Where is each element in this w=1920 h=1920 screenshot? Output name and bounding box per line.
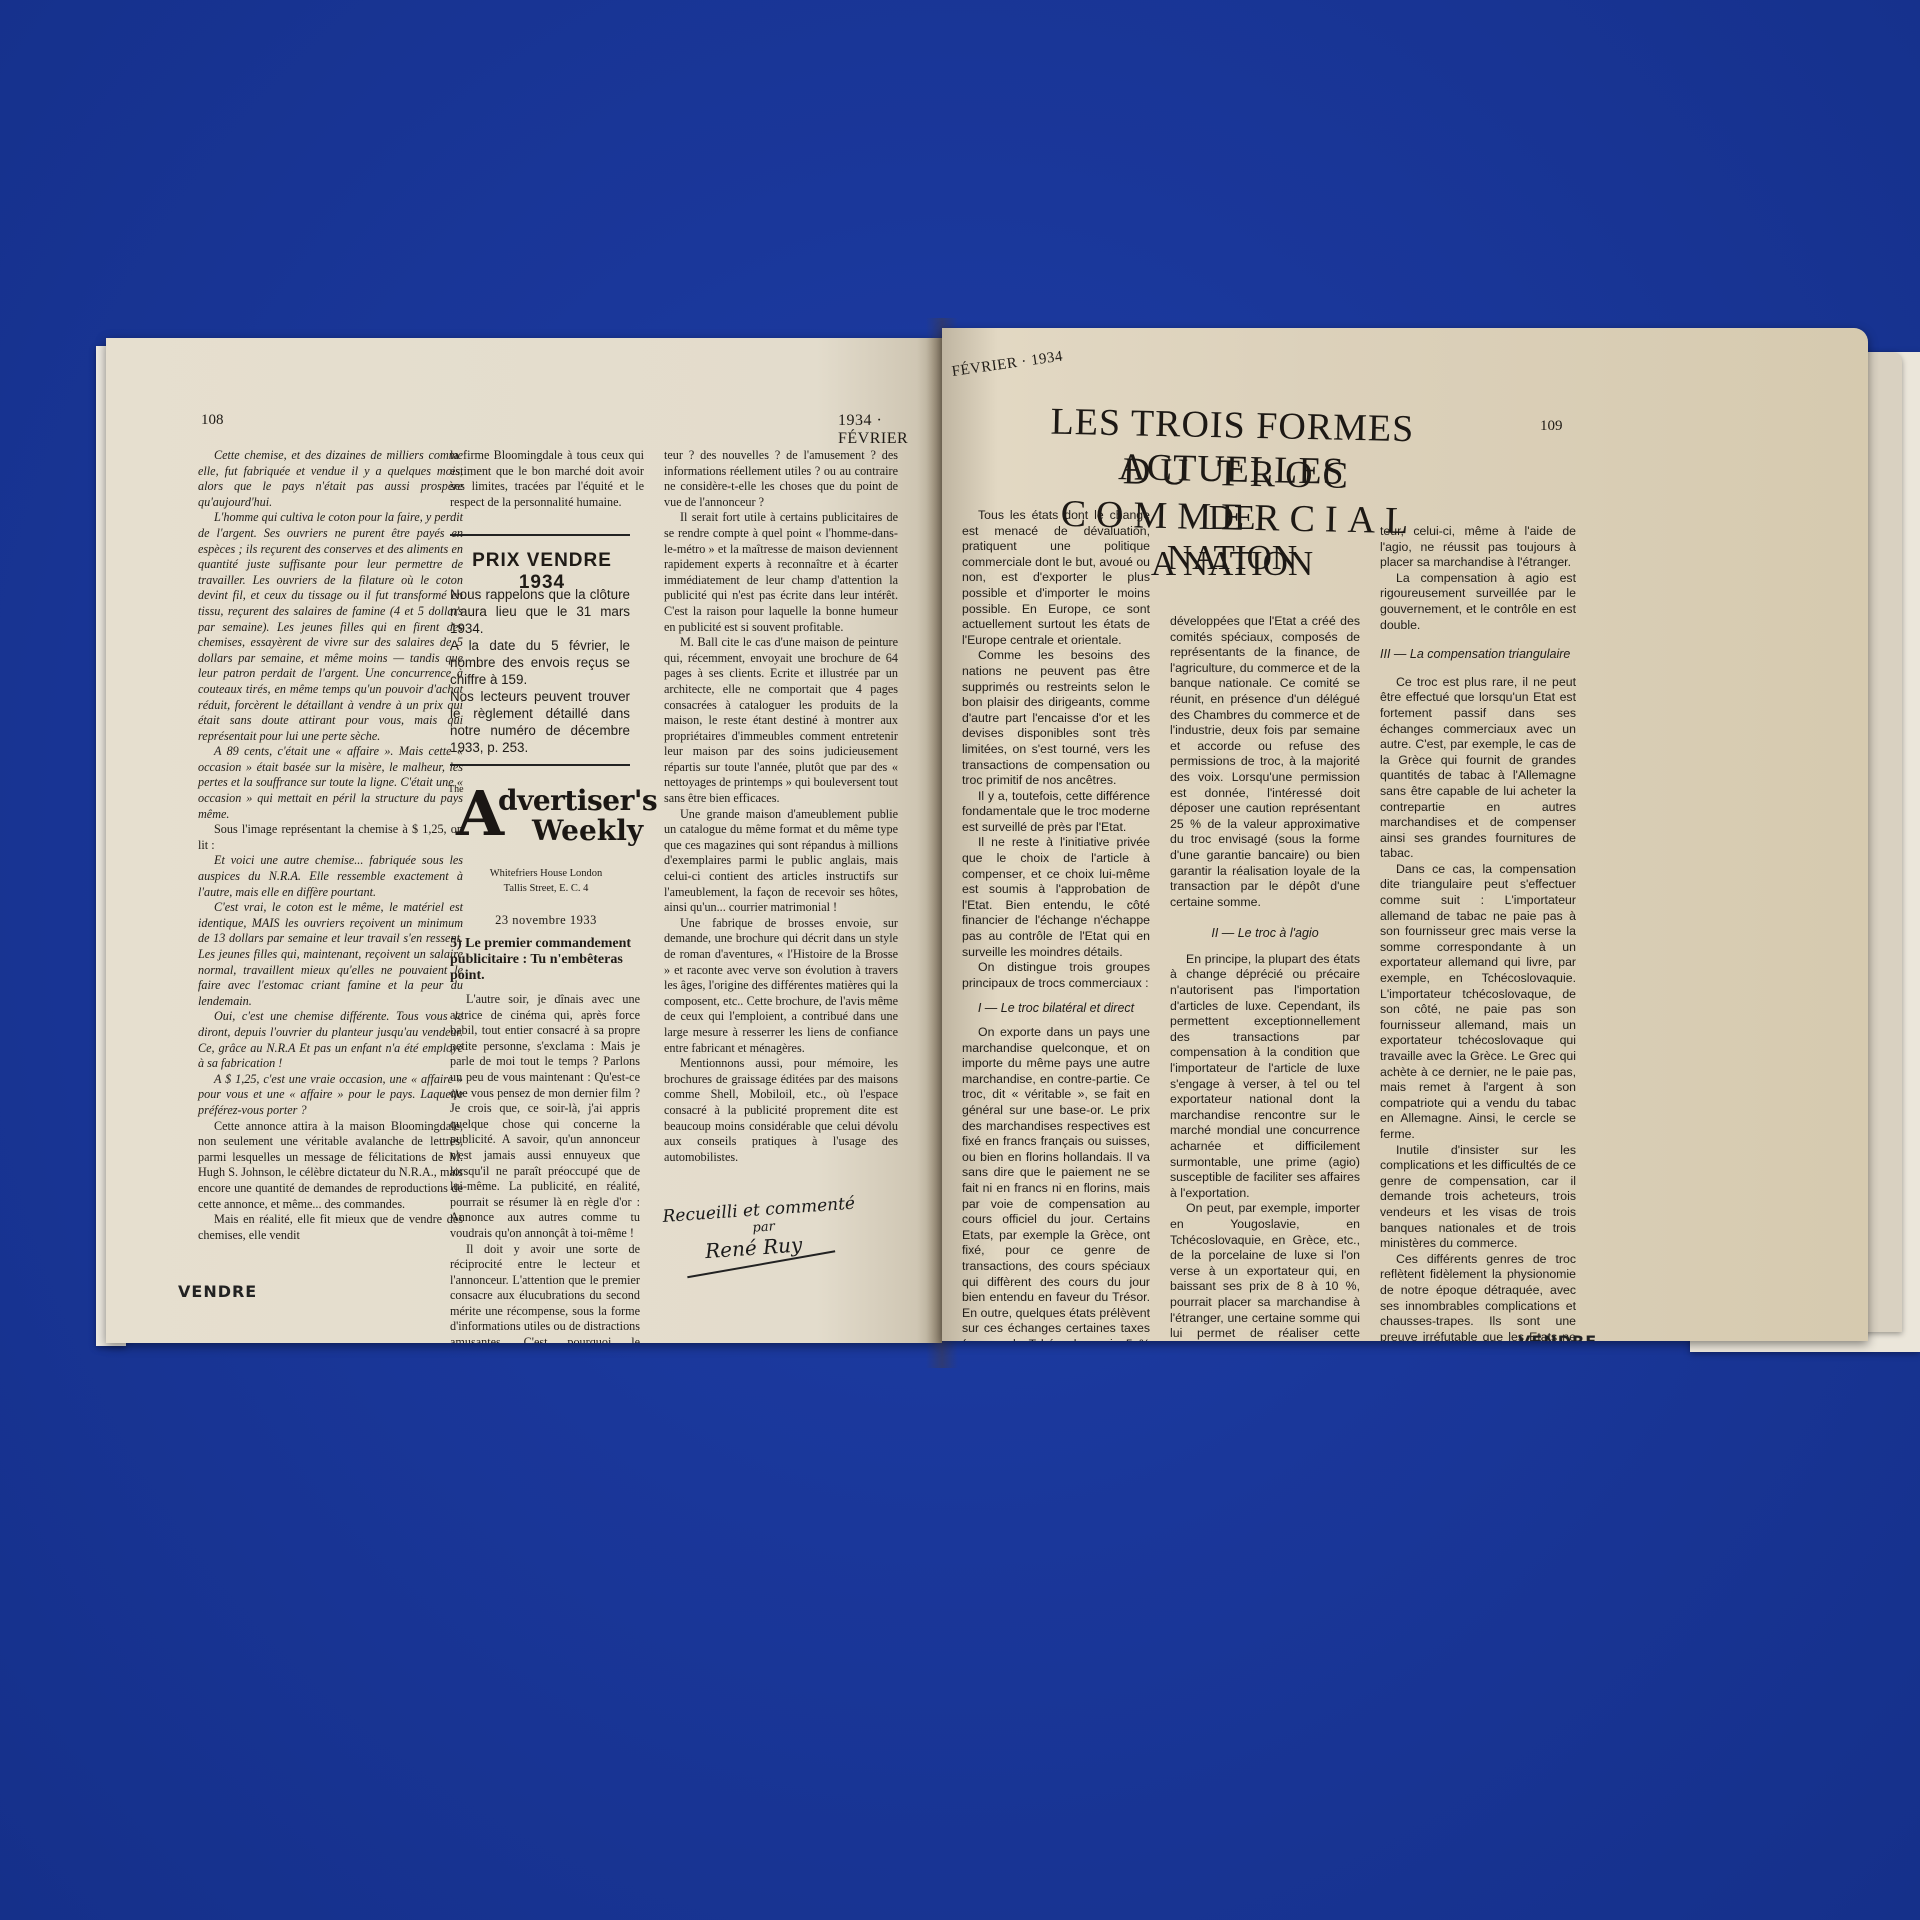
vendre-footer-logo: VENDRE — [1518, 1332, 1597, 1341]
page-number: 108 — [201, 412, 224, 429]
paragraph: développées que l'Etat a créé des comité… — [1170, 614, 1360, 910]
running-head: FÉVRIER · 1934 — [951, 348, 1064, 380]
paragraph: Il doit y avoir une sorte de réciprocité… — [450, 1242, 640, 1344]
paragraph: Il ne reste à l'initiative privée que le… — [962, 835, 1150, 960]
paragraph: la firme Bloomingdale à tous ceux qui es… — [450, 448, 644, 510]
paragraph: L'homme qui cultiva le coton pour la fai… — [198, 510, 463, 744]
paragraph: En principe, la plupart des états à chan… — [1170, 952, 1360, 1202]
paragraph: Il y a, toutefois, cette différence fond… — [962, 789, 1150, 836]
paragraph: Une grande maison d'ameublement publie u… — [664, 807, 898, 916]
article-column-3: teur, celui-ci, même à l'aide de l'agio,… — [1380, 524, 1576, 1341]
paragraph: Dans ce cas, la compensation dite triang… — [1380, 862, 1576, 1143]
section-heading: III — La compensation triangulaire — [1380, 647, 1576, 663]
paragraph: Une fabrique de brosses envoie, sur dema… — [664, 916, 898, 1056]
paragraph: M. Ball cite le cas d'une maison de pein… — [664, 635, 898, 807]
paragraph: A 89 cents, c'était une « affaire ». Mai… — [198, 744, 463, 822]
address-line: Whitefriers House London — [446, 866, 646, 881]
divider-rule — [450, 764, 630, 766]
signature-block: Recueilli et commenté par René Ruy — [662, 1193, 866, 1271]
section-heading: I — Le troc bilatéral et direct — [962, 1001, 1150, 1017]
address-line: Tallis Street, E. C. 4 — [446, 881, 646, 896]
left-page: 108 1934 · FÉVRIER Cette chemise, et des… — [106, 338, 942, 1343]
advertisers-weekly-address: Whitefriers House London Tallis Street, … — [446, 866, 646, 896]
paragraph: C'est vrai, le coton est le même, le mat… — [198, 900, 463, 1009]
paragraph: Et voici une autre chemise... fabriquée … — [198, 853, 463, 900]
prix-vendre-box: Nous rappelons que la clôture n'aura lie… — [450, 586, 630, 756]
right-page: FÉVRIER · 1934 109 LES TROIS FORMES ACTU… — [942, 328, 1868, 1341]
paragraph: On distingue trois groupes principaux de… — [962, 960, 1150, 991]
paragraph: Ce troc est plus rare, il ne peut être e… — [1380, 675, 1576, 862]
paragraph: A $ 1,25, c'est une vraie occasion, une … — [198, 1072, 463, 1119]
paragraph: Inutile d'insister sur les complications… — [1380, 1143, 1576, 1252]
logo-line1: dvertiser's — [498, 784, 657, 817]
section-heading: II — Le troc à l'agio — [1170, 926, 1360, 942]
paragraph: Mais en réalité, elle fit mieux que de v… — [198, 1212, 463, 1243]
prix-paragraph: Nos lecteurs peuvent trouver le règlemen… — [450, 688, 630, 756]
logo-big-a: A — [456, 774, 504, 854]
paragraph: teur ? des nouvelles ? de l'amusement ? … — [664, 448, 898, 510]
divider-rule — [450, 534, 630, 536]
paragraph: Cette annonce attira à la maison Bloomin… — [198, 1119, 463, 1213]
paragraph: La compensation à agio est rigoureusemen… — [1380, 571, 1576, 633]
paragraph: L'autre soir, je dînais avec une actrice… — [450, 992, 640, 1242]
article-column-2: la firme Bloomingdale à tous ceux qui es… — [450, 448, 644, 510]
paragraph: Cette chemise, et des dizaines de millie… — [198, 448, 463, 510]
article-column-1: Tous les états dont le change est menacé… — [962, 508, 1150, 1341]
prix-paragraph: A la date du 5 février, le nombre des en… — [450, 637, 630, 688]
paragraph: Il serait fort utile à certains publicit… — [664, 510, 898, 635]
paragraph: Sous l'image représentant la chemise à $… — [198, 822, 463, 853]
paragraph: Tous les états dont le change est menacé… — [962, 508, 1150, 648]
logo-line2: Weekly — [532, 814, 643, 847]
prix-paragraph: Nous rappelons que la clôture n'aura lie… — [450, 586, 630, 637]
paragraph: Mentionnons aussi, pour mémoire, les bro… — [664, 1056, 898, 1165]
commandment-heading: 5) Le premier commandement publicitaire … — [450, 936, 638, 984]
article-date: 23 novembre 1933 — [446, 913, 646, 928]
paragraph: On peut, par exemple, importer en Yougos… — [1170, 1201, 1360, 1341]
paragraph: Ces différents genres de troc reflètent … — [1380, 1252, 1576, 1341]
article-column-2-body: L'autre soir, je dînais avec une actrice… — [450, 992, 640, 1343]
paragraph: teur, celui-ci, même à l'aide de l'agio,… — [1380, 524, 1576, 571]
page-number: 109 — [1540, 418, 1563, 435]
paragraph: Comme les besoins des nations ne peuvent… — [962, 648, 1150, 788]
article-column-1: Cette chemise, et des dizaines de millie… — [198, 448, 463, 1243]
paragraph: On exporte dans un pays une marchandise … — [962, 1025, 1150, 1341]
article-column-2: développées que l'Etat a créé des comité… — [1170, 614, 1360, 1341]
paragraph: Oui, c'est une chemise différente. Tous … — [198, 1009, 463, 1071]
headline-line-4: A NATION — [1142, 544, 1322, 584]
vendre-footer-logo: VENDRE — [178, 1282, 257, 1301]
advertisers-weekly-logo: The A dvertiser's Weekly — [446, 778, 646, 868]
article-column-3: teur ? des nouvelles ? de l'amusement ? … — [664, 448, 898, 1165]
